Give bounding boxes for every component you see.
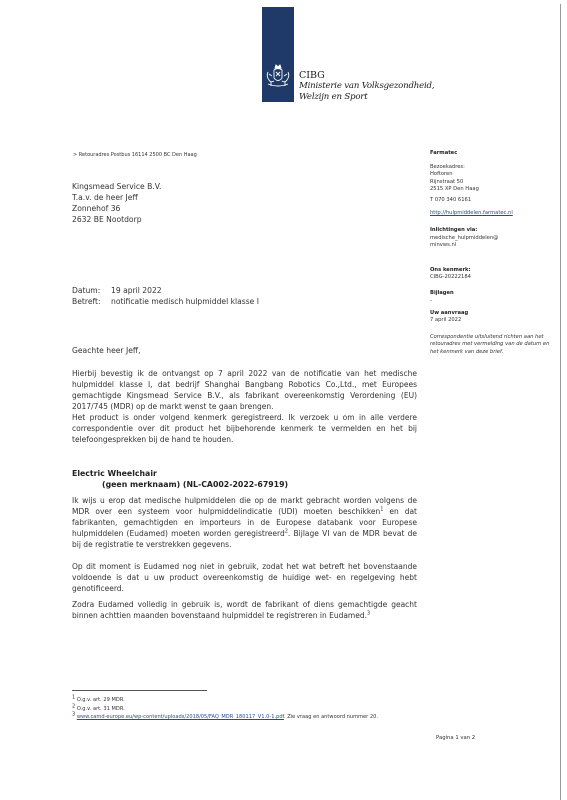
footnote-2: 2 O.g.v. art. 31 MDR.: [72, 705, 412, 714]
paragraph-udi: Ik wijs u erop dat medische hulpmiddelen…: [72, 495, 417, 550]
sidebar-ref-value: CIBG-20222184: [430, 274, 555, 281]
date-label: Datum:: [72, 285, 111, 296]
sidebar-attachments-value: -: [430, 298, 555, 305]
paragraph-eudamed-status: Op dit moment is Eudamed nog niet in geb…: [72, 561, 417, 594]
coat-of-arms-icon: [265, 64, 291, 94]
sidebar-postal-city: 2515 XP Den Haag: [430, 186, 555, 193]
sidebar-info-email-1: medische_hulpmiddelen@: [430, 235, 555, 242]
page-number: Pagina 1 van 2: [436, 735, 475, 741]
p3-text-a: Ik wijs u erop dat medische hulpmiddelen…: [72, 496, 417, 516]
sidebar-building: Hoftoren: [430, 171, 555, 178]
recipient-company: Kingsmead Service B.V.: [72, 181, 161, 192]
product-detail: (geen merknaam) (NL-CA002-2022-67919): [72, 479, 288, 490]
recipient-block: Kingsmead Service B.V. T.a.v. de heer Je…: [72, 181, 161, 225]
footnote-1: 1 O.g.v. art. 29 MDR.: [72, 696, 412, 705]
sidebar-info-label: Inlichtingen via:: [430, 227, 555, 234]
sidebar-website-link[interactable]: http://hulpmiddelen.farmatec.nl: [430, 210, 555, 217]
logo-block: [262, 7, 294, 102]
sidebar-attachments-label: Bijlagen: [430, 290, 555, 297]
footnote-ref-3[interactable]: 3: [367, 611, 370, 617]
letterhead-text: CIBG Ministerie van Volksgezondheid, Wel…: [299, 70, 434, 103]
date-value: 19 april 2022: [111, 285, 162, 296]
sidebar-visit-label: Bezoekadres:: [430, 164, 555, 171]
footnotes: 1 O.g.v. art. 29 MDR. 2 O.g.v. art. 31 M…: [72, 696, 412, 722]
paragraph-registration: Het product is onder volgend kenmerk ger…: [72, 412, 417, 445]
subject-value: notificatie medisch hulpmiddel klasse I: [111, 296, 259, 307]
sidebar-request-value: 7 april 2022: [430, 317, 555, 324]
sidebar-street: Rijnstraat 50: [430, 179, 555, 186]
sidebar-ref-label: Ons kenmerk:: [430, 267, 555, 274]
product-heading: Electric Wheelchair (geen merknaam) (NL-…: [72, 468, 288, 490]
letter-meta: Datum: 19 april 2022 Betreft: notificati…: [72, 285, 259, 307]
p5-text: Zodra Eudamed volledig in gebruik is, wo…: [72, 600, 417, 620]
salutation: Geachte heer Jeff,: [72, 346, 141, 355]
subject-label: Betreft:: [72, 296, 111, 307]
product-name: Electric Wheelchair: [72, 468, 288, 479]
recipient-postal-city: 2632 BE Nootdorp: [72, 214, 161, 225]
org-name: CIBG: [299, 70, 434, 81]
footnote-3: 3 www.camd-europe.eu/wp-content/uploads/…: [72, 713, 412, 722]
sidebar-correspondence-note: Correspondentie uitsluitend richten aan …: [430, 334, 555, 356]
sidebar-phone: T 070 340 6161: [430, 197, 555, 204]
sidebar-info-email-2: minvws.nl: [430, 242, 555, 249]
recipient-street: Zonnehof 36: [72, 203, 161, 214]
sidebar-dept: Farmatec: [430, 150, 555, 157]
sidebar-request-label: Uw aanvraag: [430, 310, 555, 317]
return-address: > Retouradres Postbus 16114 2500 BC Den …: [73, 152, 197, 158]
sender-sidebar: Farmatec Bezoekadres: Hoftoren Rijnstraa…: [430, 150, 555, 356]
recipient-attn: T.a.v. de heer Jeff: [72, 192, 161, 203]
ministry-line-1: Ministerie van Volksgezondheid,: [299, 81, 434, 92]
ministry-line-2: Welzijn en Sport: [299, 92, 434, 103]
paragraph-eudamed-future: Zodra Eudamed volledig in gebruik is, wo…: [72, 599, 417, 621]
paragraph-confirmation: Hierbij bevestig ik de ontvangst op 7 ap…: [72, 368, 417, 412]
page-edge-line: [560, 4, 561, 800]
footnote-3-link[interactable]: www.camd-europe.eu/wp-content/uploads/20…: [77, 714, 284, 720]
footnote-divider: [72, 690, 207, 691]
